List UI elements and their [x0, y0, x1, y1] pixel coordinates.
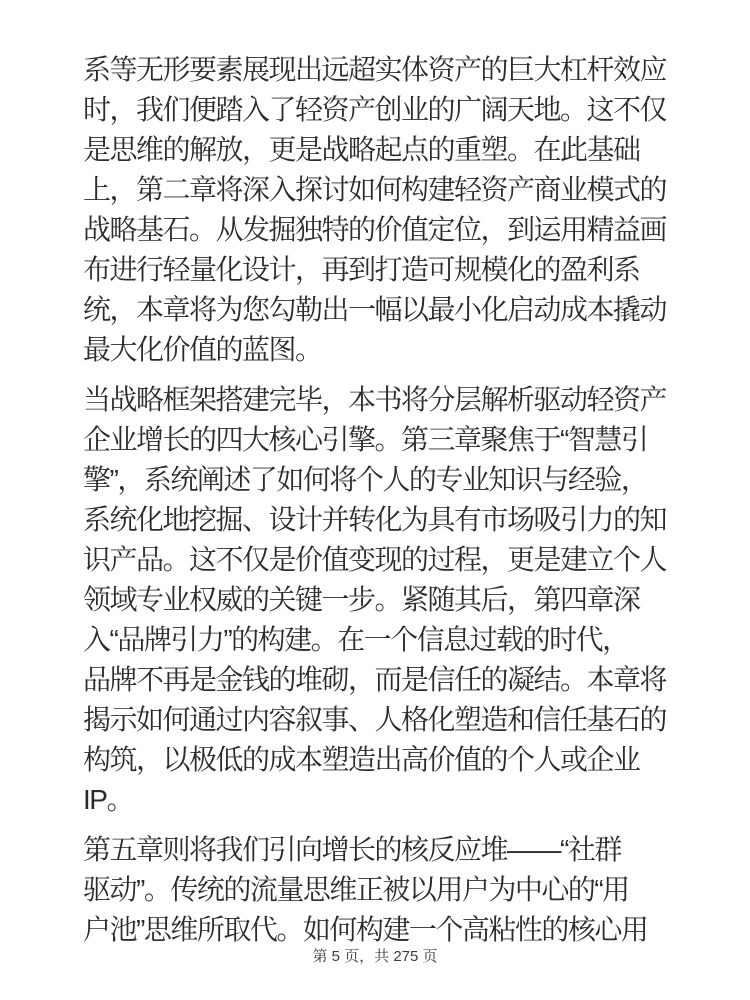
- text-line: 时，我们便踏入了轻资产创业的广阔天地。这不仅: [83, 90, 667, 130]
- paragraph: 第五章则将我们引向增长的核反应堆——“社群驱动”。传统的流量思维正被以用户为中心…: [83, 830, 667, 950]
- paragraph: 当战略框架搭建完毕，本书将分层解析驱动轻资产企业增长的四大核心引擎。第三章聚焦于…: [83, 380, 667, 820]
- page-number-footer: 第 5 页，共 275 页: [0, 947, 750, 967]
- text-line: 战略基石。从发掘独特的价值定位，到运用精益画: [83, 210, 667, 250]
- text-line: 构筑，以极低的成本塑造出高价值的个人或企业: [83, 740, 667, 780]
- paragraph: 系等无形要素展现出远超实体资产的巨大杠杆效应时，我们便踏入了轻资产创业的广阔天地…: [83, 50, 667, 370]
- text-line: 企业增长的四大核心引擎。第三章聚焦于“智慧引: [83, 420, 667, 460]
- text-line: 入“品牌引力”的构建。在一个信息过载的时代，: [83, 620, 667, 660]
- text-line: 驱动”。传统的流量思维正被以用户为中心的“用: [83, 870, 667, 910]
- text-line: IP。: [83, 780, 667, 820]
- text-line: 统，本章将为您勾勒出一幅以最小化启动成本撬动: [83, 290, 667, 330]
- text-line: 擎”，系统阐述了如何将个人的专业知识与经验，: [83, 460, 667, 500]
- text-line: 是思维的解放，更是战略起点的重塑。在此基础: [83, 130, 667, 170]
- text-line: 系等无形要素展现出远超实体资产的巨大杠杆效应: [83, 50, 667, 90]
- text-line: 最大化价值的蓝图。: [83, 330, 667, 370]
- text-line: 品牌不再是金钱的堆砌，而是信任的凝结。本章将: [83, 660, 667, 700]
- text-line: 布进行轻量化设计，再到打造可规模化的盈利系: [83, 250, 667, 290]
- text-line: 户池”思维所取代。如何构建一个高粘性的核心用: [83, 910, 667, 950]
- text-line: 上，第二章将深入探讨如何构建轻资产商业模式的: [83, 170, 667, 210]
- text-line: 系统化地挖掘、设计并转化为具有市场吸引力的知: [83, 500, 667, 540]
- text-line: 第五章则将我们引向增长的核反应堆——“社群: [83, 830, 667, 870]
- ebook-page: { "document": { "paragraphs": [ { "lines…: [0, 0, 750, 1000]
- page-text-area: 系等无形要素展现出远超实体资产的巨大杠杆效应时，我们便踏入了轻资产创业的广阔天地…: [0, 0, 750, 950]
- text-line: 揭示如何通过内容叙事、人格化塑造和信任基石的: [83, 700, 667, 740]
- text-line: 识产品。这不仅是价值变现的过程，更是建立个人: [83, 540, 667, 580]
- text-line: 当战略框架搭建完毕，本书将分层解析驱动轻资产: [83, 380, 667, 420]
- text-line: 领域专业权威的关键一步。紧随其后，第四章深: [83, 580, 667, 620]
